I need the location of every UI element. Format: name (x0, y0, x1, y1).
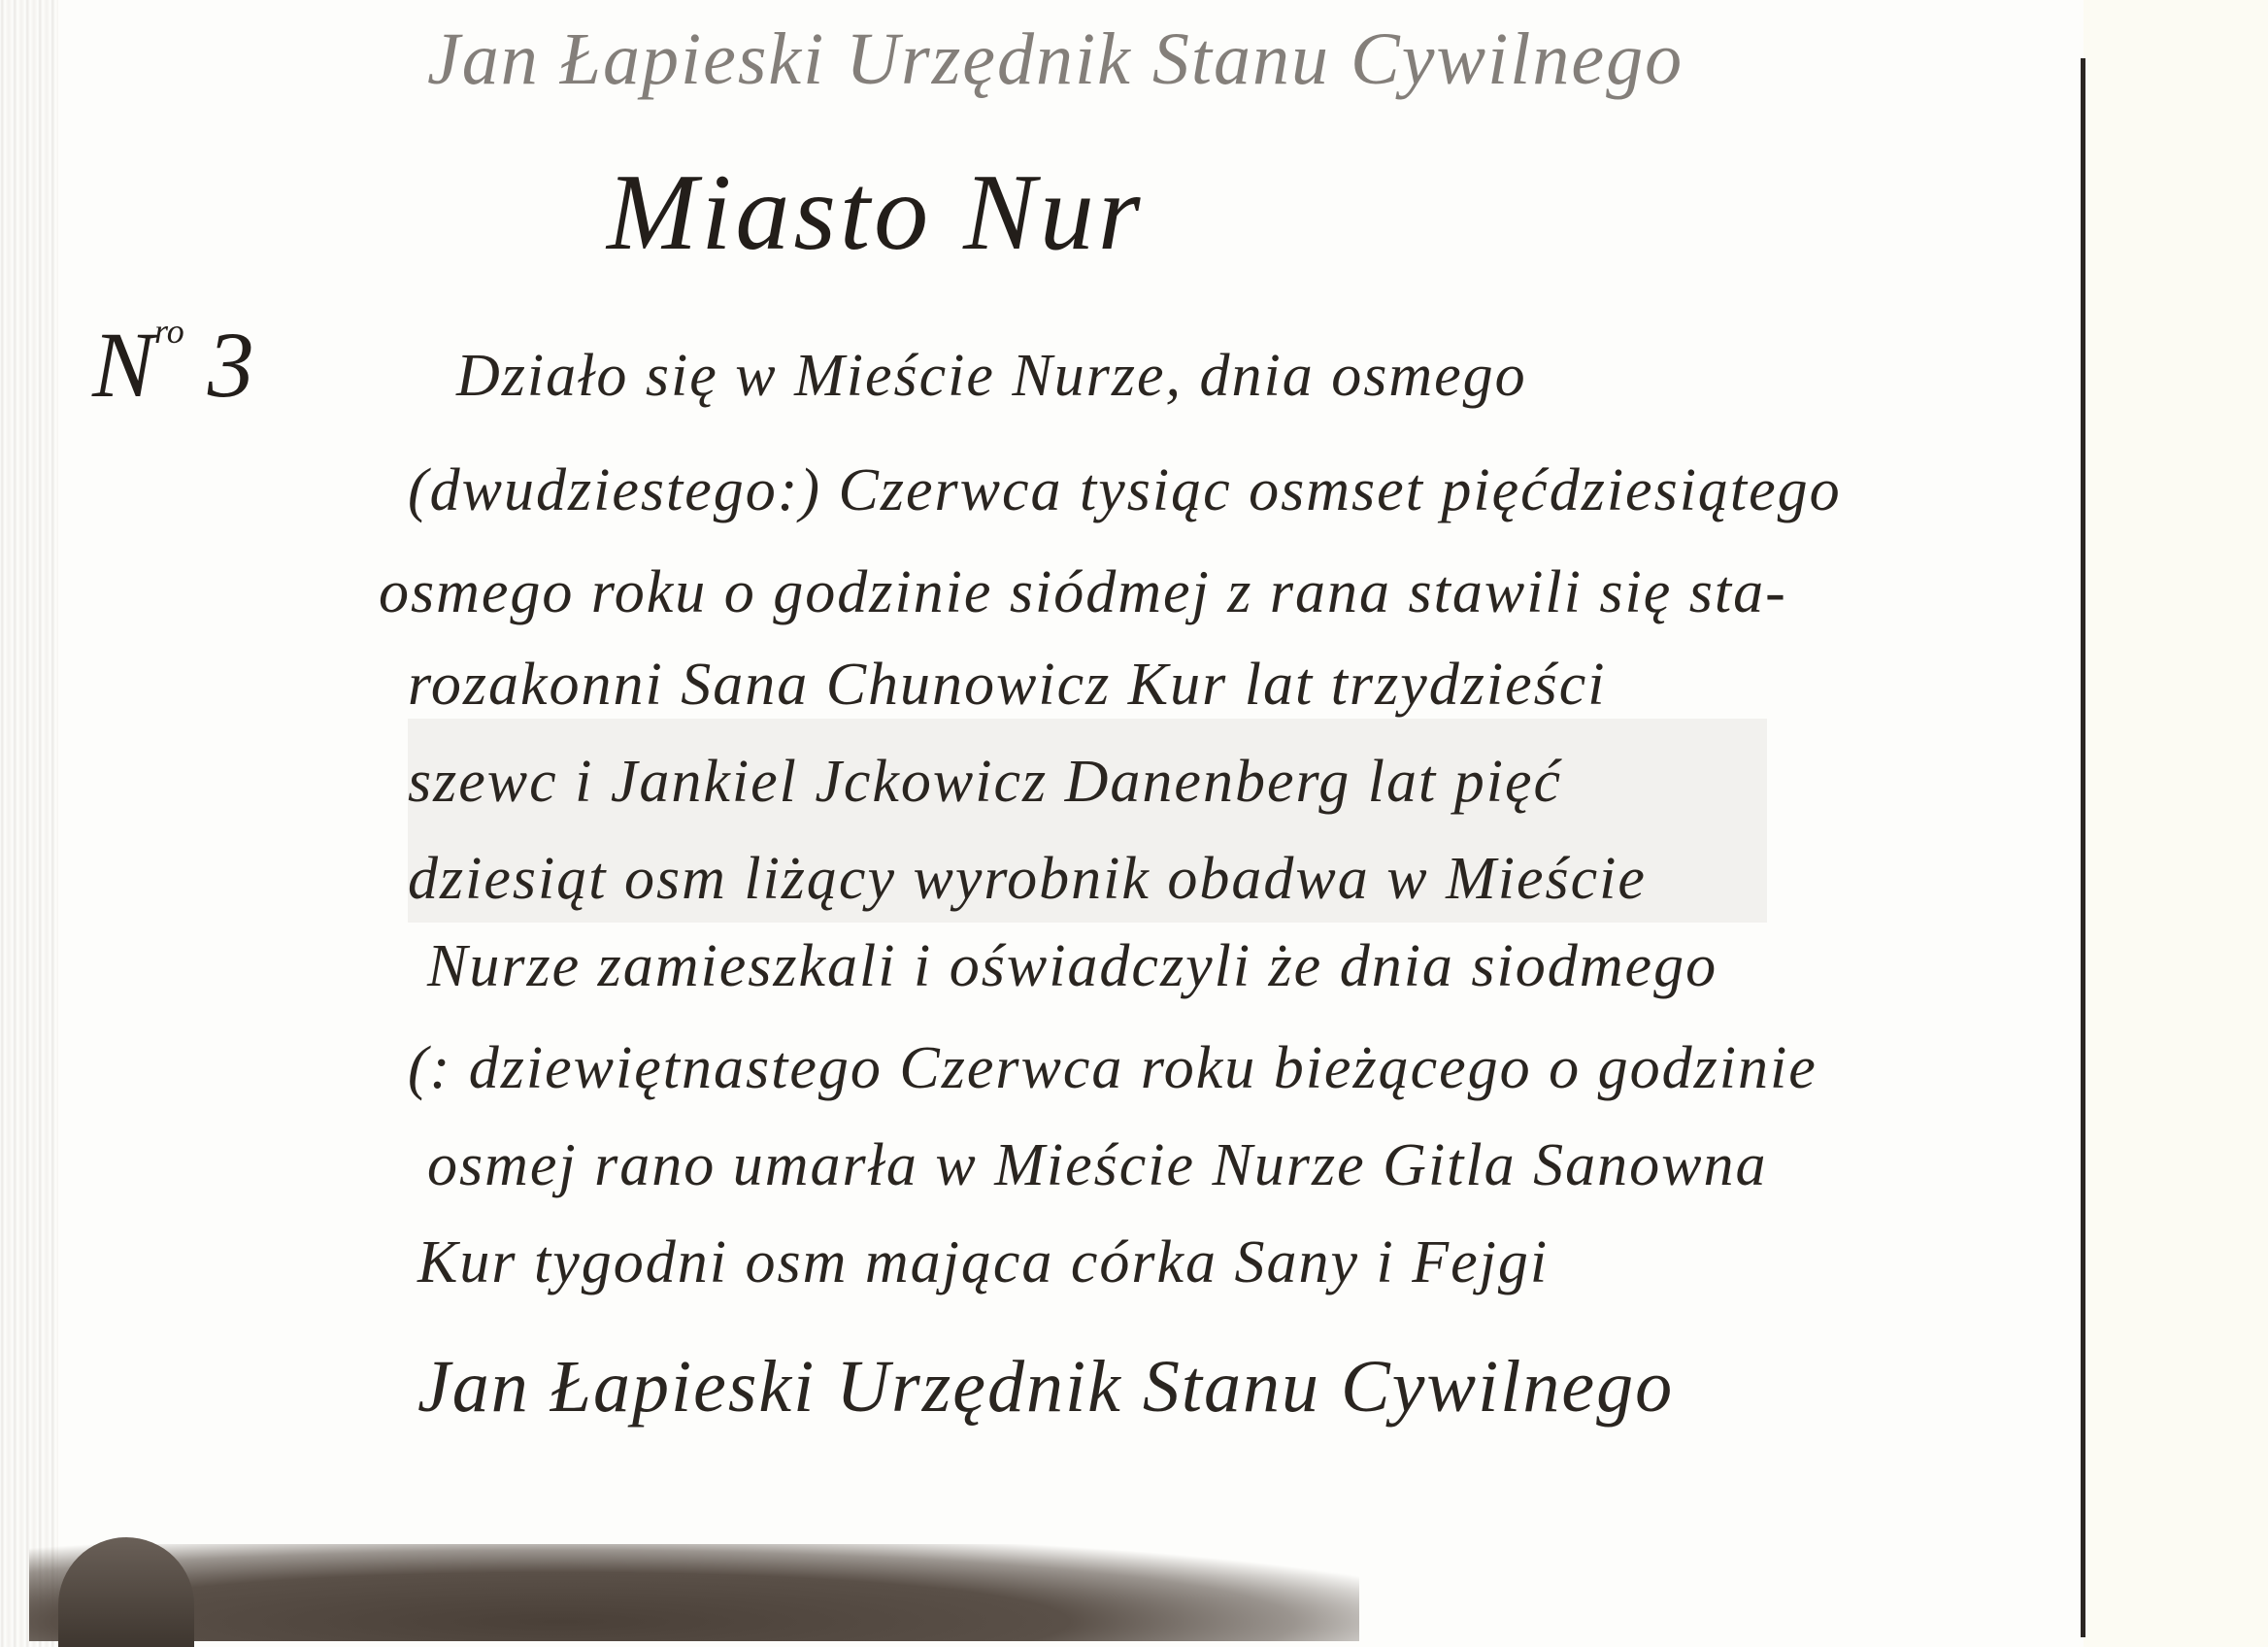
record-line-8: (: dziewiętnastego Czerwca roku bieżąceg… (408, 1034, 1818, 1103)
record-line-7: Nurze zamieszkali i oświadczyli że dnia … (427, 932, 1718, 1001)
record-line-1: Działo się w Mieście Nurze, dnia osmego (456, 342, 1527, 411)
scan-left-edge (0, 0, 58, 1647)
scan-right-margin (2084, 0, 2268, 1647)
record-line-9: osmej rano umarła w Mieście Nurze Gitla … (427, 1131, 1767, 1200)
record-line-5: szewc i Jankiel Jckowicz Danenberg lat p… (408, 748, 1562, 817)
record-line-6: dziesiąt osm liżący wyrobnik obadwa w Mi… (408, 845, 1647, 914)
page-heading: Miasto Nur (607, 151, 1144, 276)
record-line-2: (dwudziestego:) Czerwca tysiąc osmset pi… (408, 456, 1842, 525)
closing-signature: Jan Łapieski Urzędnik Stanu Cywilnego (417, 1345, 1674, 1429)
entry-number-prefix: N (92, 313, 154, 417)
record-line-10: Kur tygodni osm mająca córka Sany i Fejg… (417, 1228, 1549, 1297)
entry-number-superscript: ro (154, 312, 184, 351)
entry-number: Nro 3 (92, 311, 254, 419)
entry-number-value: 3 (208, 313, 254, 417)
previous-entry-signature: Jan Łapieski Urzędnik Stanu Cywilnego (427, 17, 1684, 102)
record-line-4: rozakonni Sana Chunowicz Kur lat trzydzi… (408, 651, 1606, 720)
page-margin-rule (2081, 58, 2085, 1637)
record-line-3: osmego roku o godzinie siódmej z rana st… (379, 558, 1787, 627)
scan-bottom-smudge (29, 1544, 1359, 1641)
